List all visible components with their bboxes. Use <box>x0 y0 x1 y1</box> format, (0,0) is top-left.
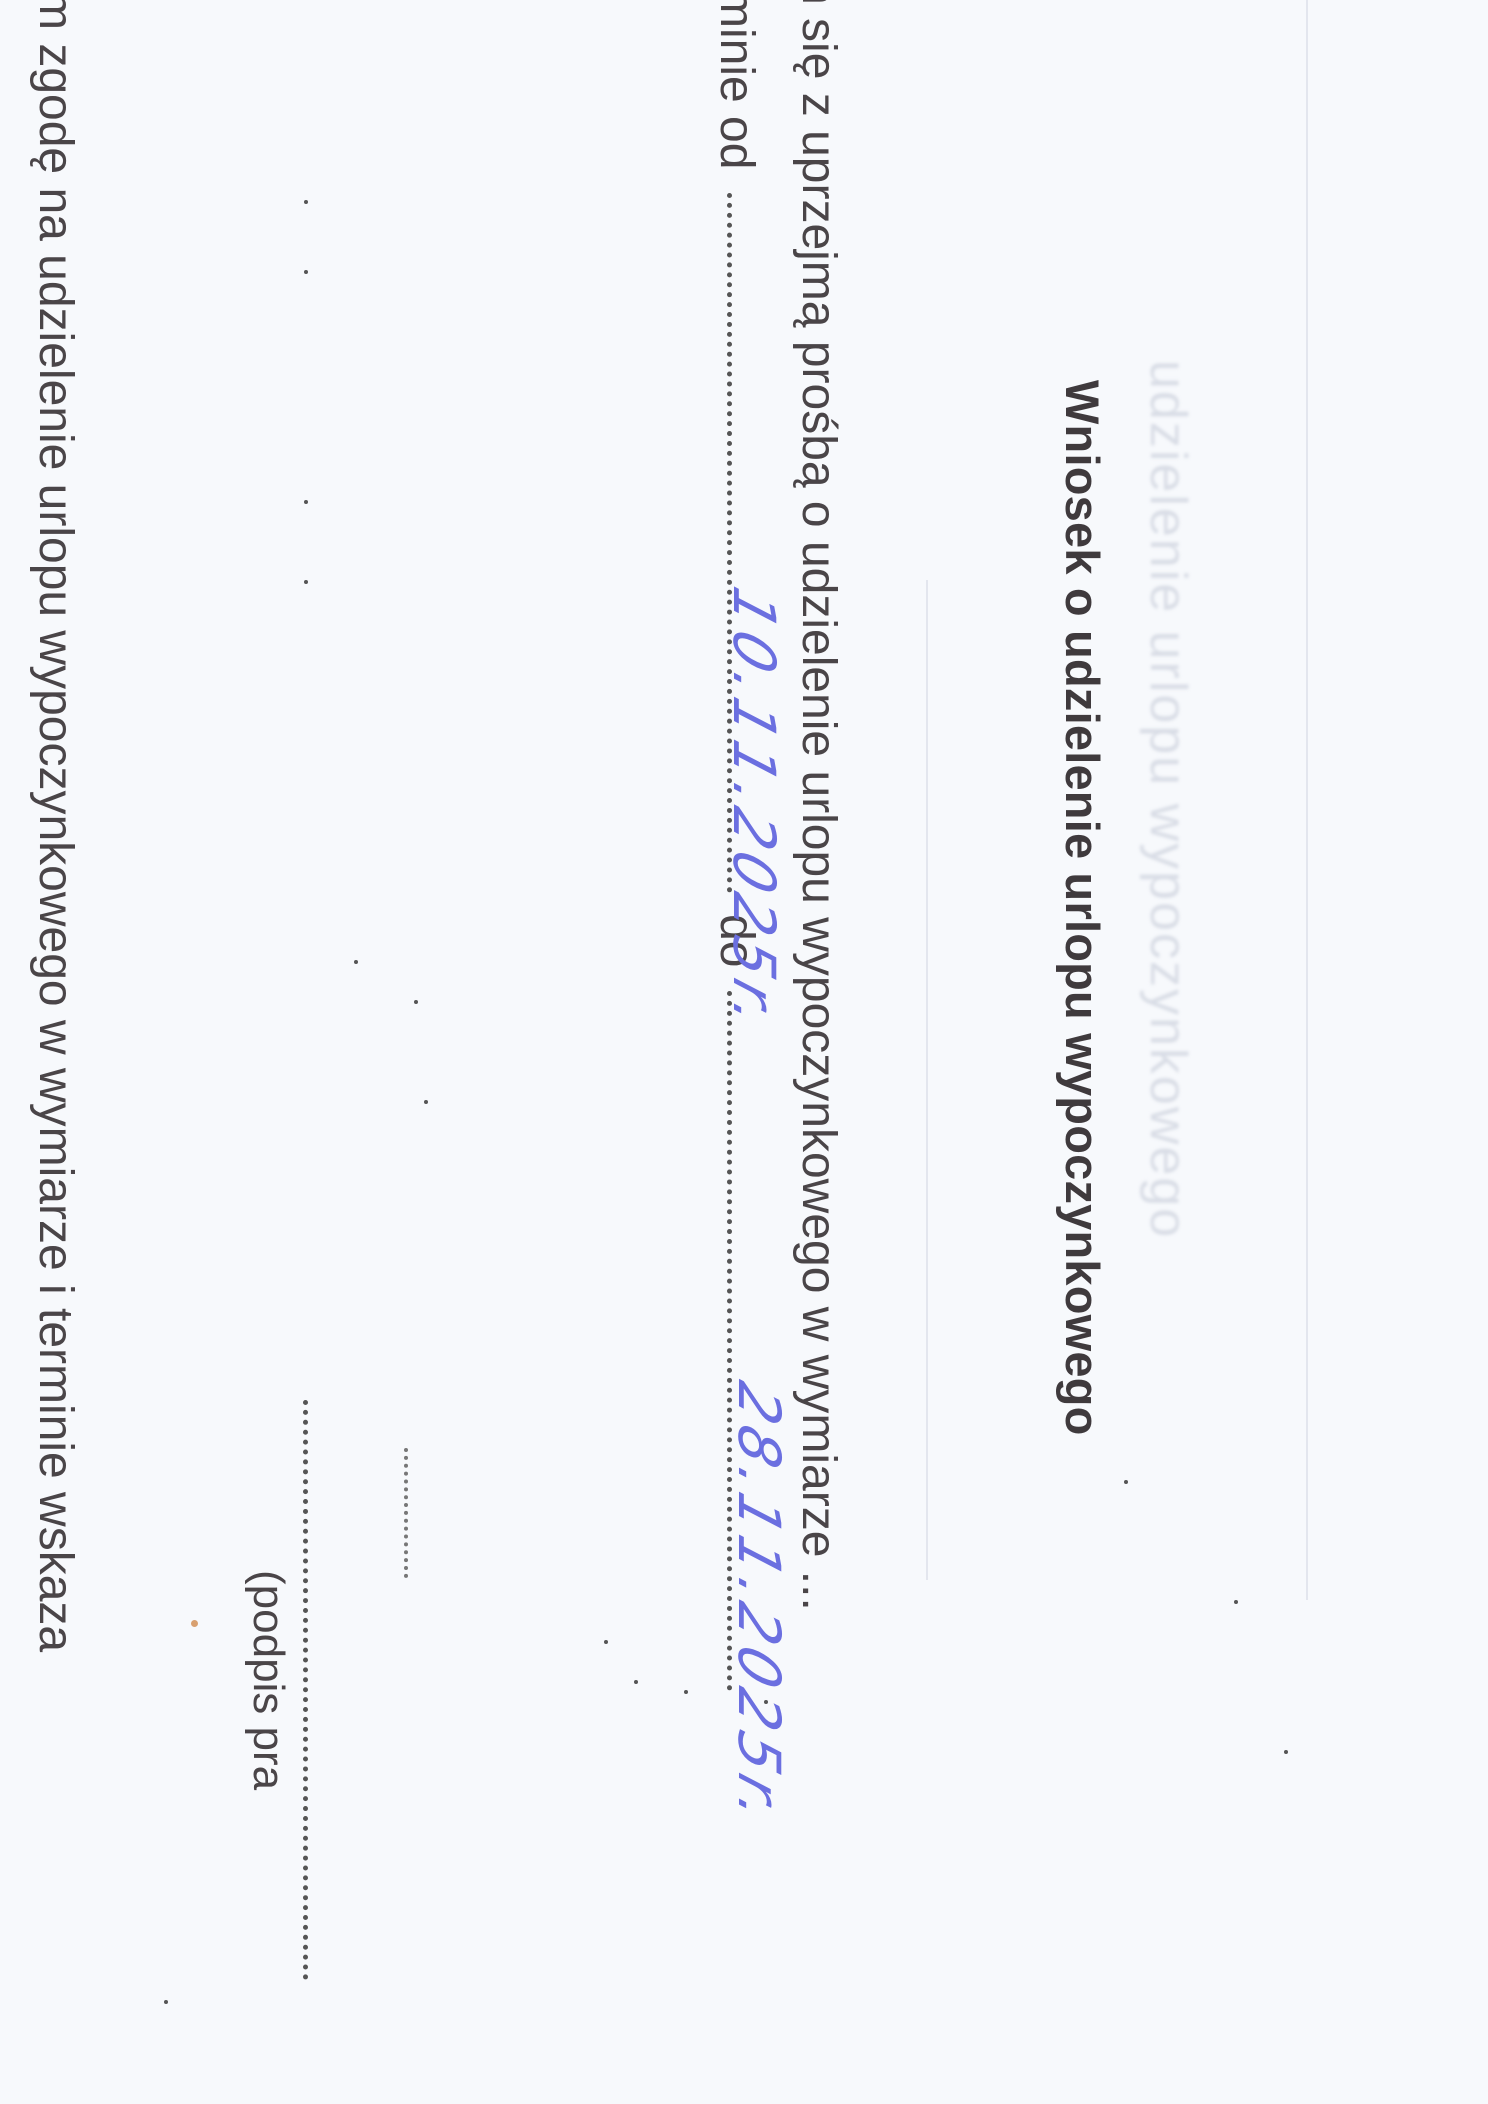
scan-speck <box>304 200 308 204</box>
scan-speck <box>1234 1600 1238 1604</box>
date-from-label: rminie od <box>710 0 763 169</box>
scan-speck <box>1284 1750 1288 1754</box>
bleedthrough-rule <box>1306 0 1308 1600</box>
document-title: Wniosek o udzielenie urlopu wypoczynkowe… <box>1055 380 1110 1436</box>
signature-field[interactable] <box>303 1400 308 1980</box>
signature-dots-short <box>404 1448 408 1578</box>
scan-speck <box>164 2000 168 2004</box>
rotated-document: udzielenie urlopu wypoczynkowego Wniosek… <box>0 0 1488 2104</box>
request-line-1: n się z uprzejmą prośbą o udzielenie url… <box>791 0 846 1611</box>
scan-speck <box>604 1640 608 1644</box>
handwritten-to-date: 28.11.2025r. <box>725 1374 793 1837</box>
scanned-page: udzielenie urlopu wypoczynkowego Wniosek… <box>0 0 1488 2104</box>
approval-line: m zgodę na udzielenie urlopu wypoczynkow… <box>28 0 83 1652</box>
scan-speck <box>634 1680 638 1684</box>
scan-speck <box>354 960 358 964</box>
approval-line-text: m zgodę na udzielenie urlopu wypoczynkow… <box>29 0 82 1652</box>
scan-speck <box>191 1620 198 1627</box>
scan-speck <box>684 1690 688 1694</box>
scan-speck <box>304 270 308 274</box>
scan-speck <box>424 1100 428 1104</box>
request-line-1-text: n się z uprzejmą prośbą o udzielenie url… <box>792 0 845 1611</box>
scan-speck <box>304 500 308 504</box>
bleedthrough-text: udzielenie urlopu wypoczynkowego <box>1138 360 1198 1239</box>
scan-speck <box>304 580 308 584</box>
handwritten-from-date: 10.11.2025r. <box>720 579 788 1042</box>
bleedthrough-rule <box>926 580 928 1580</box>
scan-speck <box>1124 1480 1128 1484</box>
signature-label: (podpis pra <box>243 1570 293 1790</box>
bleedthrough-text-content: udzielenie urlopu wypoczynkowego <box>1139 360 1197 1239</box>
scan-speck <box>764 1700 768 1704</box>
scan-speck <box>414 1000 418 1004</box>
